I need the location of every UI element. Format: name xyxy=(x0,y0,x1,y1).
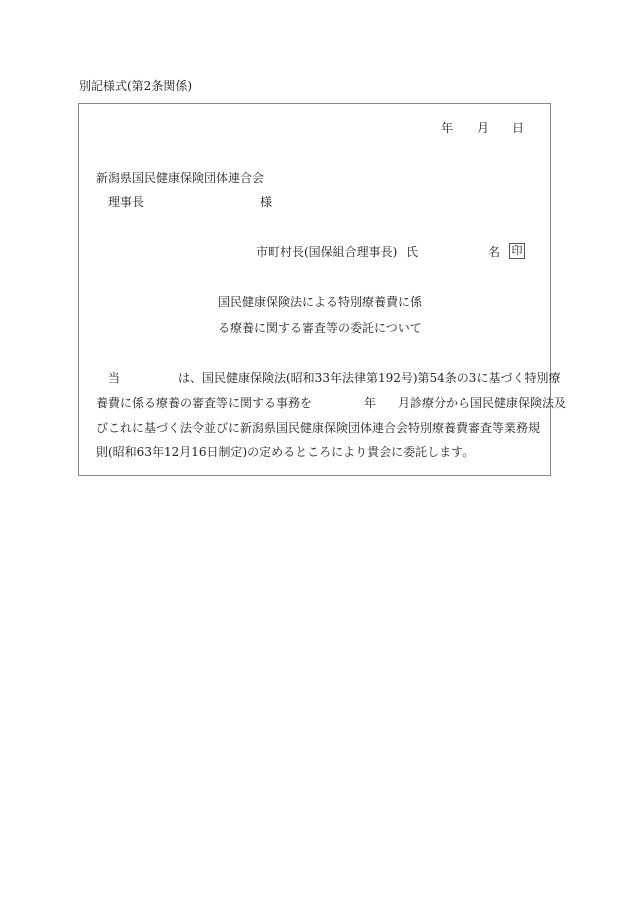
date-month: 月 xyxy=(477,122,489,134)
date-day: 日 xyxy=(512,122,524,134)
addressee-organization: 新潟県国民健康保険団体連合会 xyxy=(96,172,264,184)
subject-line-1: 国民健康保険法による特別療養費に係 xyxy=(218,296,422,308)
seal-icon: 印 xyxy=(509,243,525,259)
sender-name-label-2: 名 xyxy=(488,246,500,258)
addressee-title: 理事長 xyxy=(108,196,144,208)
body-line3: びこれに基づく法令並びに新潟県国民健康保険団体連合会特別療養費審査等業務規 xyxy=(96,422,540,434)
body-line2-start: 養費に係る療養の審査等に関する事務を xyxy=(96,397,312,409)
form-label: 別記様式(第2条関係) xyxy=(79,80,192,92)
body-line2-year: 年 xyxy=(364,397,376,409)
body-line1-start: 当 xyxy=(108,372,120,384)
subject-line-2: る療養に関する審査等の委託について xyxy=(218,322,422,334)
body-line2-rest: 月診療分から国民健康保険法及 xyxy=(398,397,566,409)
body-line1-rest: は、国民健康保険法(昭和33年法律第192号)第54条の3に基づく特別療 xyxy=(178,372,560,384)
sender-name-label-1: 氏 xyxy=(406,246,418,258)
date-year: 年 xyxy=(441,122,453,134)
sender-role: 市町村長(国保組合理事長) xyxy=(256,246,397,258)
addressee-honorific: 様 xyxy=(260,196,272,208)
body-line4: 則(昭和63年12月16日制定)の定めるところにより貴会に委託します。 xyxy=(96,446,474,458)
